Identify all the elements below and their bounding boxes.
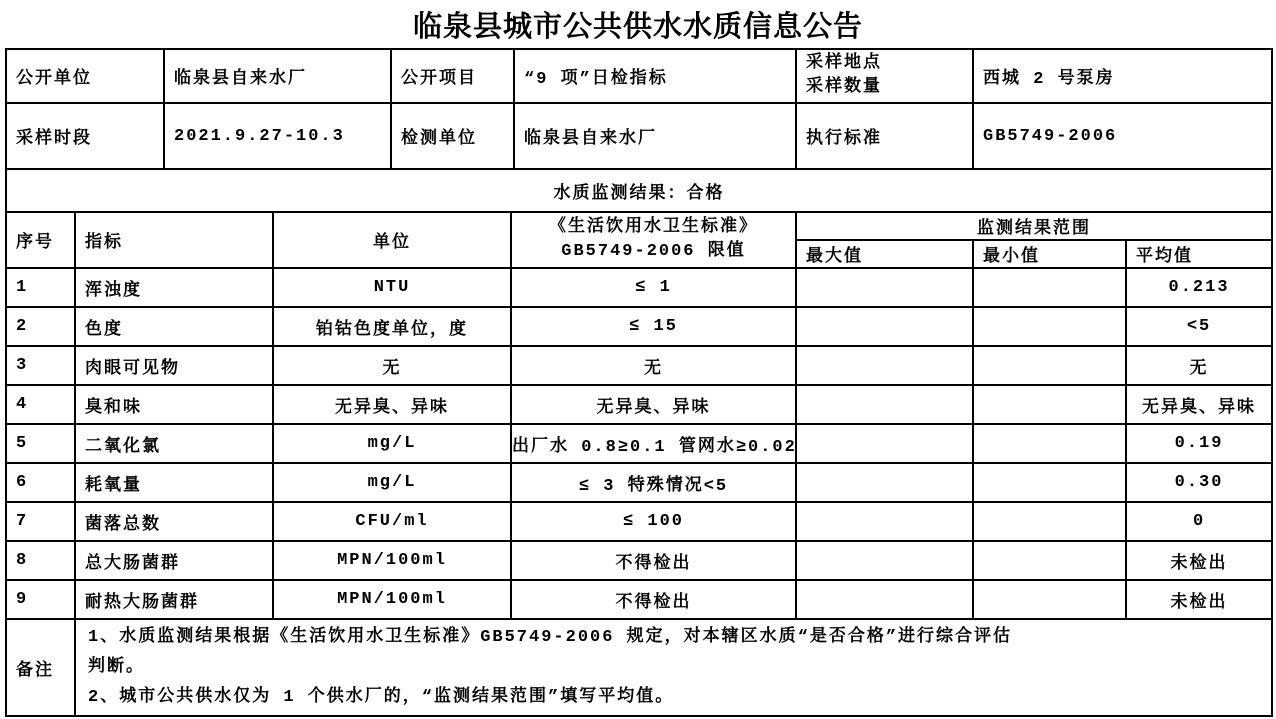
cell-unit: mg/L <box>273 424 511 463</box>
cell-max <box>796 502 973 541</box>
cell-min <box>973 541 1126 580</box>
col-header-min: 最小值 <box>973 240 1126 268</box>
cell-avg: 无 <box>1126 346 1272 385</box>
cell-indicator: 肉眼可见物 <box>75 346 273 385</box>
public-unit-value: 临泉县自来水厂 <box>164 49 391 103</box>
cell-min <box>973 346 1126 385</box>
col-header-avg: 平均值 <box>1126 240 1272 268</box>
cell-limit: 无异臭、异味 <box>511 385 796 424</box>
cell-min <box>973 580 1126 619</box>
cell-avg: 未检出 <box>1126 541 1272 580</box>
cell-indicator: 浑浊度 <box>75 268 273 307</box>
cell-unit: NTU <box>273 268 511 307</box>
cell-avg: 0.213 <box>1126 268 1272 307</box>
cell-limit: 不得检出 <box>511 580 796 619</box>
cell-min <box>973 502 1126 541</box>
limit-header-line2: GB5749-2006 限值 <box>512 240 795 264</box>
cell-avg: <5 <box>1126 307 1272 346</box>
cell-seq: 9 <box>6 580 75 619</box>
cell-indicator: 耗氧量 <box>75 463 273 502</box>
header-row-top: 序号 指标 单位 《生活饮用水卫生标准》 GB5749-2006 限值 监测结果… <box>6 212 1272 240</box>
cell-seq: 4 <box>6 385 75 424</box>
standard-value: GB5749-2006 <box>973 103 1272 169</box>
result-banner-row: 水质监测结果：合格 <box>6 169 1272 212</box>
cell-seq: 7 <box>6 502 75 541</box>
cell-seq: 8 <box>6 541 75 580</box>
cell-seq: 2 <box>6 307 75 346</box>
cell-min <box>973 307 1126 346</box>
cell-unit: 铂钴色度单位，度 <box>273 307 511 346</box>
sampling-site-value: 西城 2 号泵房 <box>973 49 1272 103</box>
cell-min <box>973 463 1126 502</box>
cell-limit: 不得检出 <box>511 541 796 580</box>
cell-limit: ≤ 3 特殊情况<5 <box>511 463 796 502</box>
sampling-site-line1: 采样地点 <box>806 52 972 76</box>
cell-unit: CFU/ml <box>273 502 511 541</box>
col-header-indicator: 指标 <box>75 212 273 268</box>
public-item-label: 公开项目 <box>391 49 514 103</box>
cell-unit: 无异臭、异味 <box>273 385 511 424</box>
cell-indicator: 菌落总数 <box>75 502 273 541</box>
cell-min <box>973 268 1126 307</box>
sampling-period-label: 采样时段 <box>6 103 164 169</box>
cell-avg: 0.30 <box>1126 463 1272 502</box>
table-row: 4 臭和味 无异臭、异味 无异臭、异味 无异臭、异味 <box>6 385 1272 424</box>
col-header-range-group: 监测结果范围 <box>796 212 1272 240</box>
remark-line: 1、水质监测结果根据《生活饮用水卫生标准》GB5749-2006 规定，对本辖区… <box>88 623 1271 653</box>
info-row-1: 公开单位 临泉县自来水厂 公开项目 “9 项”日检指标 采样地点 采样数量 西城… <box>6 49 1272 103</box>
cell-max <box>796 541 973 580</box>
water-quality-table: 水质监测结果：合格 序号 指标 单位 《生活饮用水卫生标准》 GB5749-20… <box>5 168 1273 717</box>
col-header-max: 最大值 <box>796 240 973 268</box>
result-banner: 水质监测结果：合格 <box>6 169 1272 212</box>
table-row: 8 总大肠菌群 MPN/100ml 不得检出 未检出 <box>6 541 1272 580</box>
cell-min <box>973 424 1126 463</box>
table-row: 1 浑浊度 NTU ≤ 1 0.213 <box>6 268 1272 307</box>
cell-seq: 3 <box>6 346 75 385</box>
cell-unit: MPN/100ml <box>273 541 511 580</box>
public-unit-label: 公开单位 <box>6 49 164 103</box>
col-header-limit: 《生活饮用水卫生标准》 GB5749-2006 限值 <box>511 212 796 268</box>
cell-max <box>796 268 973 307</box>
standard-label: 执行标准 <box>796 103 973 169</box>
cell-max <box>796 307 973 346</box>
cell-limit: 无 <box>511 346 796 385</box>
remarks-label: 备注 <box>6 619 75 716</box>
remarks-body: 1、水质监测结果根据《生活饮用水卫生标准》GB5749-2006 规定，对本辖区… <box>75 619 1272 716</box>
limit-header-line1: 《生活饮用水卫生标准》 <box>512 216 795 240</box>
col-header-unit: 单位 <box>273 212 511 268</box>
cell-max <box>796 385 973 424</box>
test-unit-value: 临泉县自来水厂 <box>514 103 796 169</box>
info-row-2: 采样时段 2021.9.27-10.3 检测单位 临泉县自来水厂 执行标准 GB… <box>6 103 1272 169</box>
sampling-site-label: 采样地点 采样数量 <box>796 49 973 103</box>
cell-seq: 1 <box>6 268 75 307</box>
cell-avg: 无异臭、异味 <box>1126 385 1272 424</box>
cell-limit: ≤ 1 <box>511 268 796 307</box>
cell-indicator: 色度 <box>75 307 273 346</box>
table-row: 2 色度 铂钴色度单位，度 ≤ 15 <5 <box>6 307 1272 346</box>
col-header-seq: 序号 <box>6 212 75 268</box>
table-row: 5 二氧化氯 mg/L 出厂水 0.8≥0.1 管网水≥0.02 0.19 <box>6 424 1272 463</box>
table-row: 7 菌落总数 CFU/ml ≤ 100 0 <box>6 502 1272 541</box>
table-row: 3 肉眼可见物 无 无 无 <box>6 346 1272 385</box>
table-row: 6 耗氧量 mg/L ≤ 3 特殊情况<5 0.30 <box>6 463 1272 502</box>
test-unit-label: 检测单位 <box>391 103 514 169</box>
cell-max <box>796 346 973 385</box>
page-title: 临泉县城市公共供水水质信息公告 <box>0 0 1276 48</box>
cell-indicator: 臭和味 <box>75 385 273 424</box>
remarks-row: 备注 1、水质监测结果根据《生活饮用水卫生标准》GB5749-2006 规定，对… <box>6 619 1272 716</box>
cell-avg: 未检出 <box>1126 580 1272 619</box>
sampling-period-value: 2021.9.27-10.3 <box>164 103 391 169</box>
cell-indicator: 二氧化氯 <box>75 424 273 463</box>
cell-seq: 5 <box>6 424 75 463</box>
cell-limit: ≤ 15 <box>511 307 796 346</box>
cell-max <box>796 424 973 463</box>
cell-unit: 无 <box>273 346 511 385</box>
sampling-count-line2: 采样数量 <box>806 76 972 100</box>
cell-indicator: 总大肠菌群 <box>75 541 273 580</box>
table-row: 9 耐热大肠菌群 MPN/100ml 不得检出 未检出 <box>6 580 1272 619</box>
cell-limit: ≤ 100 <box>511 502 796 541</box>
cell-unit: MPN/100ml <box>273 580 511 619</box>
public-item-value: “9 项”日检指标 <box>514 49 796 103</box>
cell-avg: 0 <box>1126 502 1272 541</box>
info-table: 公开单位 临泉县自来水厂 公开项目 “9 项”日检指标 采样地点 采样数量 西城… <box>5 48 1273 170</box>
cell-limit: 出厂水 0.8≥0.1 管网水≥0.02 <box>511 424 796 463</box>
cell-seq: 6 <box>6 463 75 502</box>
cell-indicator: 耐热大肠菌群 <box>75 580 273 619</box>
cell-max <box>796 463 973 502</box>
cell-unit: mg/L <box>273 463 511 502</box>
remark-line: 2、城市公共供水仅为 1 个供水厂的，“监测结果范围”填写平均值。 <box>88 683 1271 713</box>
cell-min <box>973 385 1126 424</box>
remark-line: 判断。 <box>88 653 1271 683</box>
cell-avg: 0.19 <box>1126 424 1272 463</box>
cell-max <box>796 580 973 619</box>
